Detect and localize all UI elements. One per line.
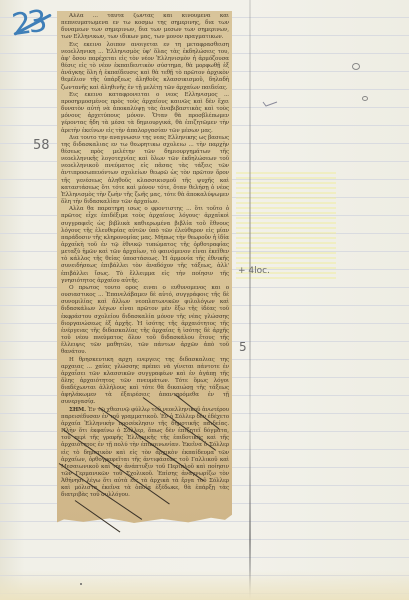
page-fold-line — [249, 0, 251, 600]
checkmark-icon — [262, 100, 278, 107]
paper-blemish — [352, 63, 360, 70]
paper-blemish — [362, 96, 368, 101]
page-edge-discoloration — [0, 570, 409, 600]
clipping-paragraph: Ο πρωτος τουτο ορος ειναι ο ευθυνομενος … — [61, 285, 229, 357]
margin-mark-5: 5 — [239, 340, 247, 354]
clipping-paragraph: Εις εκεινο καταφρονειται ο νεος Ελληνισμ… — [61, 92, 229, 135]
margin-mark-4loc: + 4loc. — [238, 266, 270, 276]
clipping-paragraph: Αλλα ... ταυτα ζωντας και κινουμενα και … — [61, 13, 229, 42]
clipping-text: Αλλα ... ταυτα ζωντας και κινουμενα και … — [61, 13, 229, 500]
page-number-annotation: 23 — [10, 4, 47, 43]
clipping-paragraph: Αλλα θα παρατηρη ισως ο φροντιστης ... ὅ… — [61, 206, 229, 285]
clipping-paragraph: Εις εκεινο λοιπον ανοιγεται εν τη μεταφρ… — [61, 42, 229, 92]
newspaper-clipping: Αλλα ... ταυτα ζωντας και κινουμενα και … — [57, 11, 232, 525]
clipping-paragraph: Δια τουτο την αναγνωσιν της νεας Ελληνικ… — [61, 135, 229, 207]
margin-mark-58: 58 — [33, 138, 50, 153]
paper-blemish — [80, 583, 82, 585]
